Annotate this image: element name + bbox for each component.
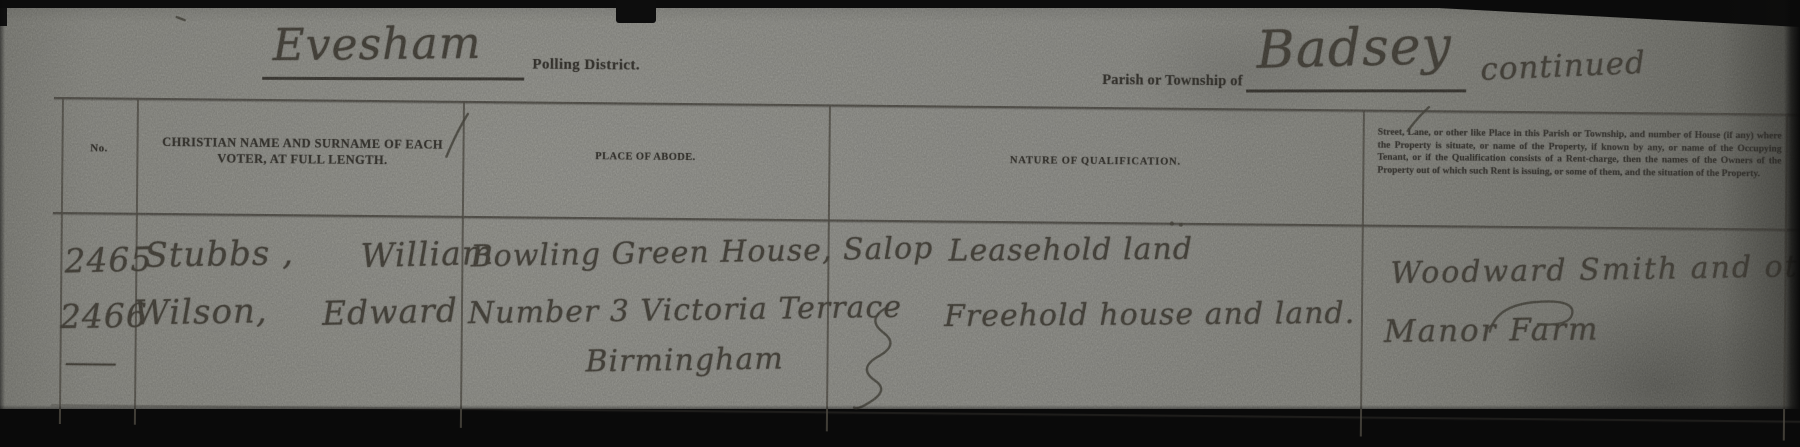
scanned-register-page: Evesham Polling District. Parish or Town… [0,0,1800,409]
scan-edge-right [1784,0,1800,409]
scan-noise-overlay [0,0,1800,409]
scan-edge-bottom [0,405,1800,409]
scan-edge-tab [616,0,656,23]
scan-edge-left [0,0,5,409]
noise-light-layer [0,0,1800,409]
